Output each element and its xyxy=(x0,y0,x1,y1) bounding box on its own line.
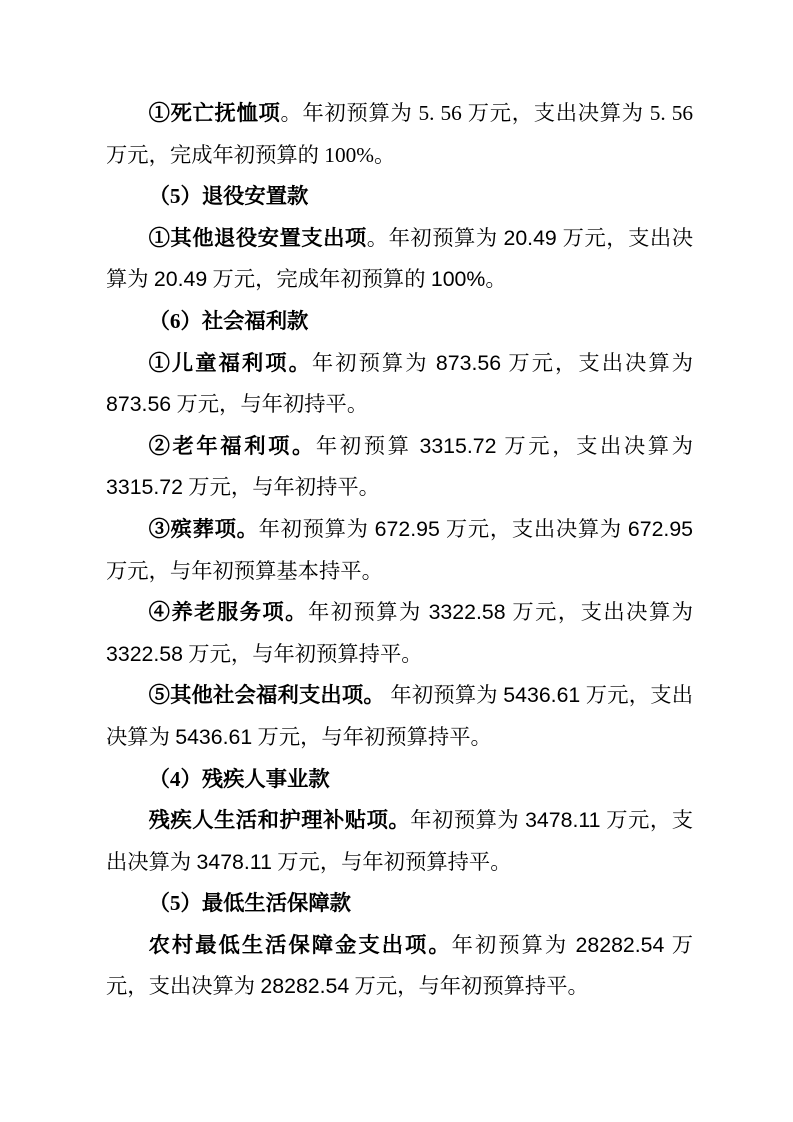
text-run: 万元，支出决算为 xyxy=(506,600,693,624)
heading-social-welfare: （6）社会福利款 xyxy=(106,301,693,343)
bold-run: ⑤其他社会福利支出项。 xyxy=(149,683,385,707)
text-run: 万元，与年初预算持平。 xyxy=(349,974,589,998)
number-run: 3478.11 xyxy=(197,850,272,874)
text-run: 。年初预算为 xyxy=(281,101,419,125)
bold-run: ①其他退役安置支出项 xyxy=(149,226,367,250)
text-run: 年初预算为 xyxy=(410,808,525,832)
text-run: 万元，支出决算为 xyxy=(440,517,628,541)
number-run: 28282.54 xyxy=(576,933,665,957)
text-run: 万元，与年初持平。 xyxy=(171,392,368,416)
number-run: 20.49 xyxy=(503,226,556,250)
heading-disabled-affairs: （4）残疾人事业款 xyxy=(106,759,693,801)
text-run: 万元，完成年初预算的 xyxy=(106,143,324,167)
text-run: 万元，与年初预算持平。 xyxy=(183,642,423,666)
number-run: 5. 56 xyxy=(418,101,461,125)
text-run: 万元，与年初预算基本持平。 xyxy=(106,559,383,583)
number-run: 5436.61 xyxy=(175,725,252,749)
para-disabled-living-nursing-subsidy: 残疾人生活和护理补贴项。年初预算为 3478.11 万元，支出决算为 3478.… xyxy=(106,800,693,883)
bold-run: ②老年福利项。 xyxy=(149,434,316,458)
para-elderly-welfare: ②老年福利项。年初预算 3315.72 万元，支出决算为 3315.72 万元，… xyxy=(106,426,693,509)
text-run: 万元，与年初预算持平。 xyxy=(252,725,492,749)
document-page: ①死亡抚恤项。年初预算为 5. 56 万元，支出决算为 5. 56 万元，完成年… xyxy=(0,0,793,1122)
text-run: 年初预算为 xyxy=(312,351,436,375)
text-run: 年初预算为 xyxy=(385,683,503,707)
para-other-social-welfare: ⑤其他社会福利支出项。 年初预算为 5436.61 万元，支出决算为 5436.… xyxy=(106,675,693,758)
number-run: 873.56 xyxy=(436,351,501,375)
text-run: 。 xyxy=(485,267,506,291)
bold-run: 残疾人生活和护理补贴项。 xyxy=(149,808,411,832)
para-child-welfare: ①儿童福利项。年初预算为 873.56 万元，支出决算为 873.56 万元，与… xyxy=(106,343,693,426)
number-run: 100% xyxy=(431,267,485,291)
bold-run: （5）最低生活保障款 xyxy=(149,891,351,915)
bold-run: ①死亡抚恤项 xyxy=(149,101,281,125)
bold-run: ③殡葬项。 xyxy=(149,517,259,541)
para-elderly-care-service: ④养老服务项。年初预算为 3322.58 万元，支出决算为 3322.58 万元… xyxy=(106,592,693,675)
heading-retirement-resettlement: （5）退役安置款 xyxy=(106,176,693,218)
text-run: 。 xyxy=(374,143,395,167)
heading-minimum-living-security: （5）最低生活保障款 xyxy=(106,883,693,925)
number-run: 3322.58 xyxy=(429,600,506,624)
text-run: 年初预算为 xyxy=(308,600,429,624)
number-run: 672.95 xyxy=(375,517,440,541)
para-rural-minimum-living-security: 农村最低生活保障金支出项。年初预算为 28282.54 万元，支出决算为 282… xyxy=(106,925,693,1008)
bold-run: （5）退役安置款 xyxy=(149,184,309,208)
document-body: ①死亡抚恤项。年初预算为 5. 56 万元，支出决算为 5. 56 万元，完成年… xyxy=(106,93,693,1008)
bold-run: 农村最低生活保障金支出项。 xyxy=(149,933,452,957)
text-run: 万元，完成年初预算的 xyxy=(207,267,431,291)
number-run: 28282.54 xyxy=(260,974,349,998)
number-run: 3315.72 xyxy=(106,475,183,499)
number-run: 5. 56 xyxy=(650,101,693,125)
text-run: 年初预算 xyxy=(316,434,420,458)
text-run: 万元，支出决算为 xyxy=(496,434,693,458)
para-funeral: ③殡葬项。年初预算为 672.95 万元，支出决算为 672.95 万元，与年初… xyxy=(106,509,693,592)
text-run: 万元，与年初预算持平。 xyxy=(272,850,512,874)
number-run: 20.49 xyxy=(154,267,207,291)
text-run: 万元，支出决算为 xyxy=(501,351,693,375)
number-run: 873.56 xyxy=(106,392,171,416)
bold-run: （4）残疾人事业款 xyxy=(149,767,330,791)
para-death-pension: ①死亡抚恤项。年初预算为 5. 56 万元，支出决算为 5. 56 万元，完成年… xyxy=(106,93,693,176)
number-run: 3322.58 xyxy=(106,642,183,666)
text-run: 万元，支出决算为 xyxy=(462,101,650,125)
bold-run: ④养老服务项。 xyxy=(149,600,308,624)
number-run: 100% xyxy=(324,143,374,167)
text-run: 。年初预算为 xyxy=(367,226,504,250)
text-run: 万元，与年初持平。 xyxy=(183,475,380,499)
number-run: 3315.72 xyxy=(419,434,496,458)
text-run: 年初预算为 xyxy=(259,517,375,541)
number-run: 5436.61 xyxy=(503,683,580,707)
number-run: 3478.11 xyxy=(525,808,600,832)
bold-run: （6）社会福利款 xyxy=(149,309,309,333)
text-run: 年初预算为 xyxy=(452,933,576,957)
number-run: 672.95 xyxy=(628,517,693,541)
para-other-resettlement: ①其他退役安置支出项。年初预算为 20.49 万元，支出决算为 20.49 万元… xyxy=(106,218,693,301)
bold-run: ①儿童福利项。 xyxy=(149,351,312,375)
